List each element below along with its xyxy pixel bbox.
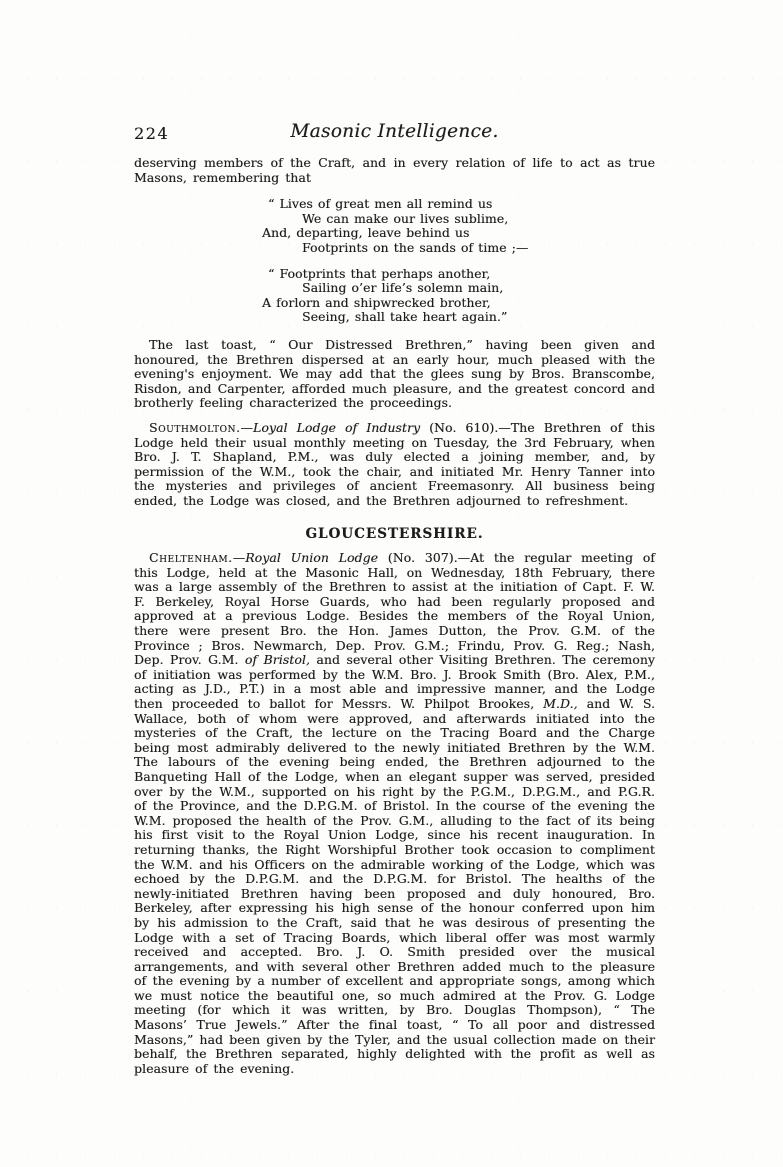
poem-line: Seeing, shall take heart again.”: [302, 310, 655, 325]
place-name-cheltenham: Cheltenham.: [149, 550, 233, 565]
poem-line: Sailing o’er life’s solemn main,: [302, 281, 655, 296]
poem: “ Lives of great men all remind us We ca…: [134, 197, 655, 325]
poem-line: Footprints on the sands of time ;—: [302, 241, 655, 256]
lodge-name-loyal-lodge-of-industry: Loyal Lodge of Industry: [253, 420, 420, 435]
section-heading-gloucestershire: GLOUCESTERSHIRE.: [134, 527, 655, 542]
of-bristol-italic: of Bristol,: [245, 652, 310, 667]
poem-line: We can make our lives sublime,: [302, 212, 655, 227]
page-header: 224 Masonic Intelligence.: [134, 121, 655, 145]
dash-separator: —: [233, 550, 246, 565]
last-toast-paragraph: The last toast, “ Our Distressed Brethre…: [134, 338, 655, 411]
cheltenham-report-paragraph: Cheltenham.—Royal Union Lodge (No. 307).…: [134, 551, 655, 1076]
poem-stanza-2: “ Footprints that perhaps another, Saili…: [134, 267, 655, 325]
poem-line: And, departing, leave behind us: [262, 226, 655, 241]
lodge-name-royal-union-lodge: Royal Union Lodge: [245, 550, 378, 565]
southmolton-report-paragraph: Southmolton.—Loyal Lodge of Industry (No…: [134, 421, 655, 509]
continuation-paragraph: deserving members of the Craft, and in e…: [134, 156, 655, 185]
place-name-southmolton: Southmolton.: [149, 420, 241, 435]
dash-separator: —: [241, 420, 254, 435]
page-body: deserving members of the Craft, and in e…: [134, 156, 655, 1076]
cheltenham-report-text-3: and W. S. Wallace, both of whom were app…: [134, 696, 655, 1076]
cheltenham-report-text-1: (No. 307).—At the regular meeting of thi…: [134, 550, 655, 667]
poem-line: “ Lives of great men all remind us: [268, 197, 655, 212]
poem-stanza-1: “ Lives of great men all remind us We ca…: [134, 197, 655, 255]
journal-title: Masonic Intelligence.: [134, 121, 655, 142]
poem-line: “ Footprints that perhaps another,: [268, 267, 655, 282]
poem-line: A forlorn and shipwrecked brother,: [262, 296, 655, 311]
scanned-document-page: 224 Masonic Intelligence. deserving memb…: [0, 0, 783, 1167]
md-degree-italic: M.D.,: [543, 696, 578, 711]
